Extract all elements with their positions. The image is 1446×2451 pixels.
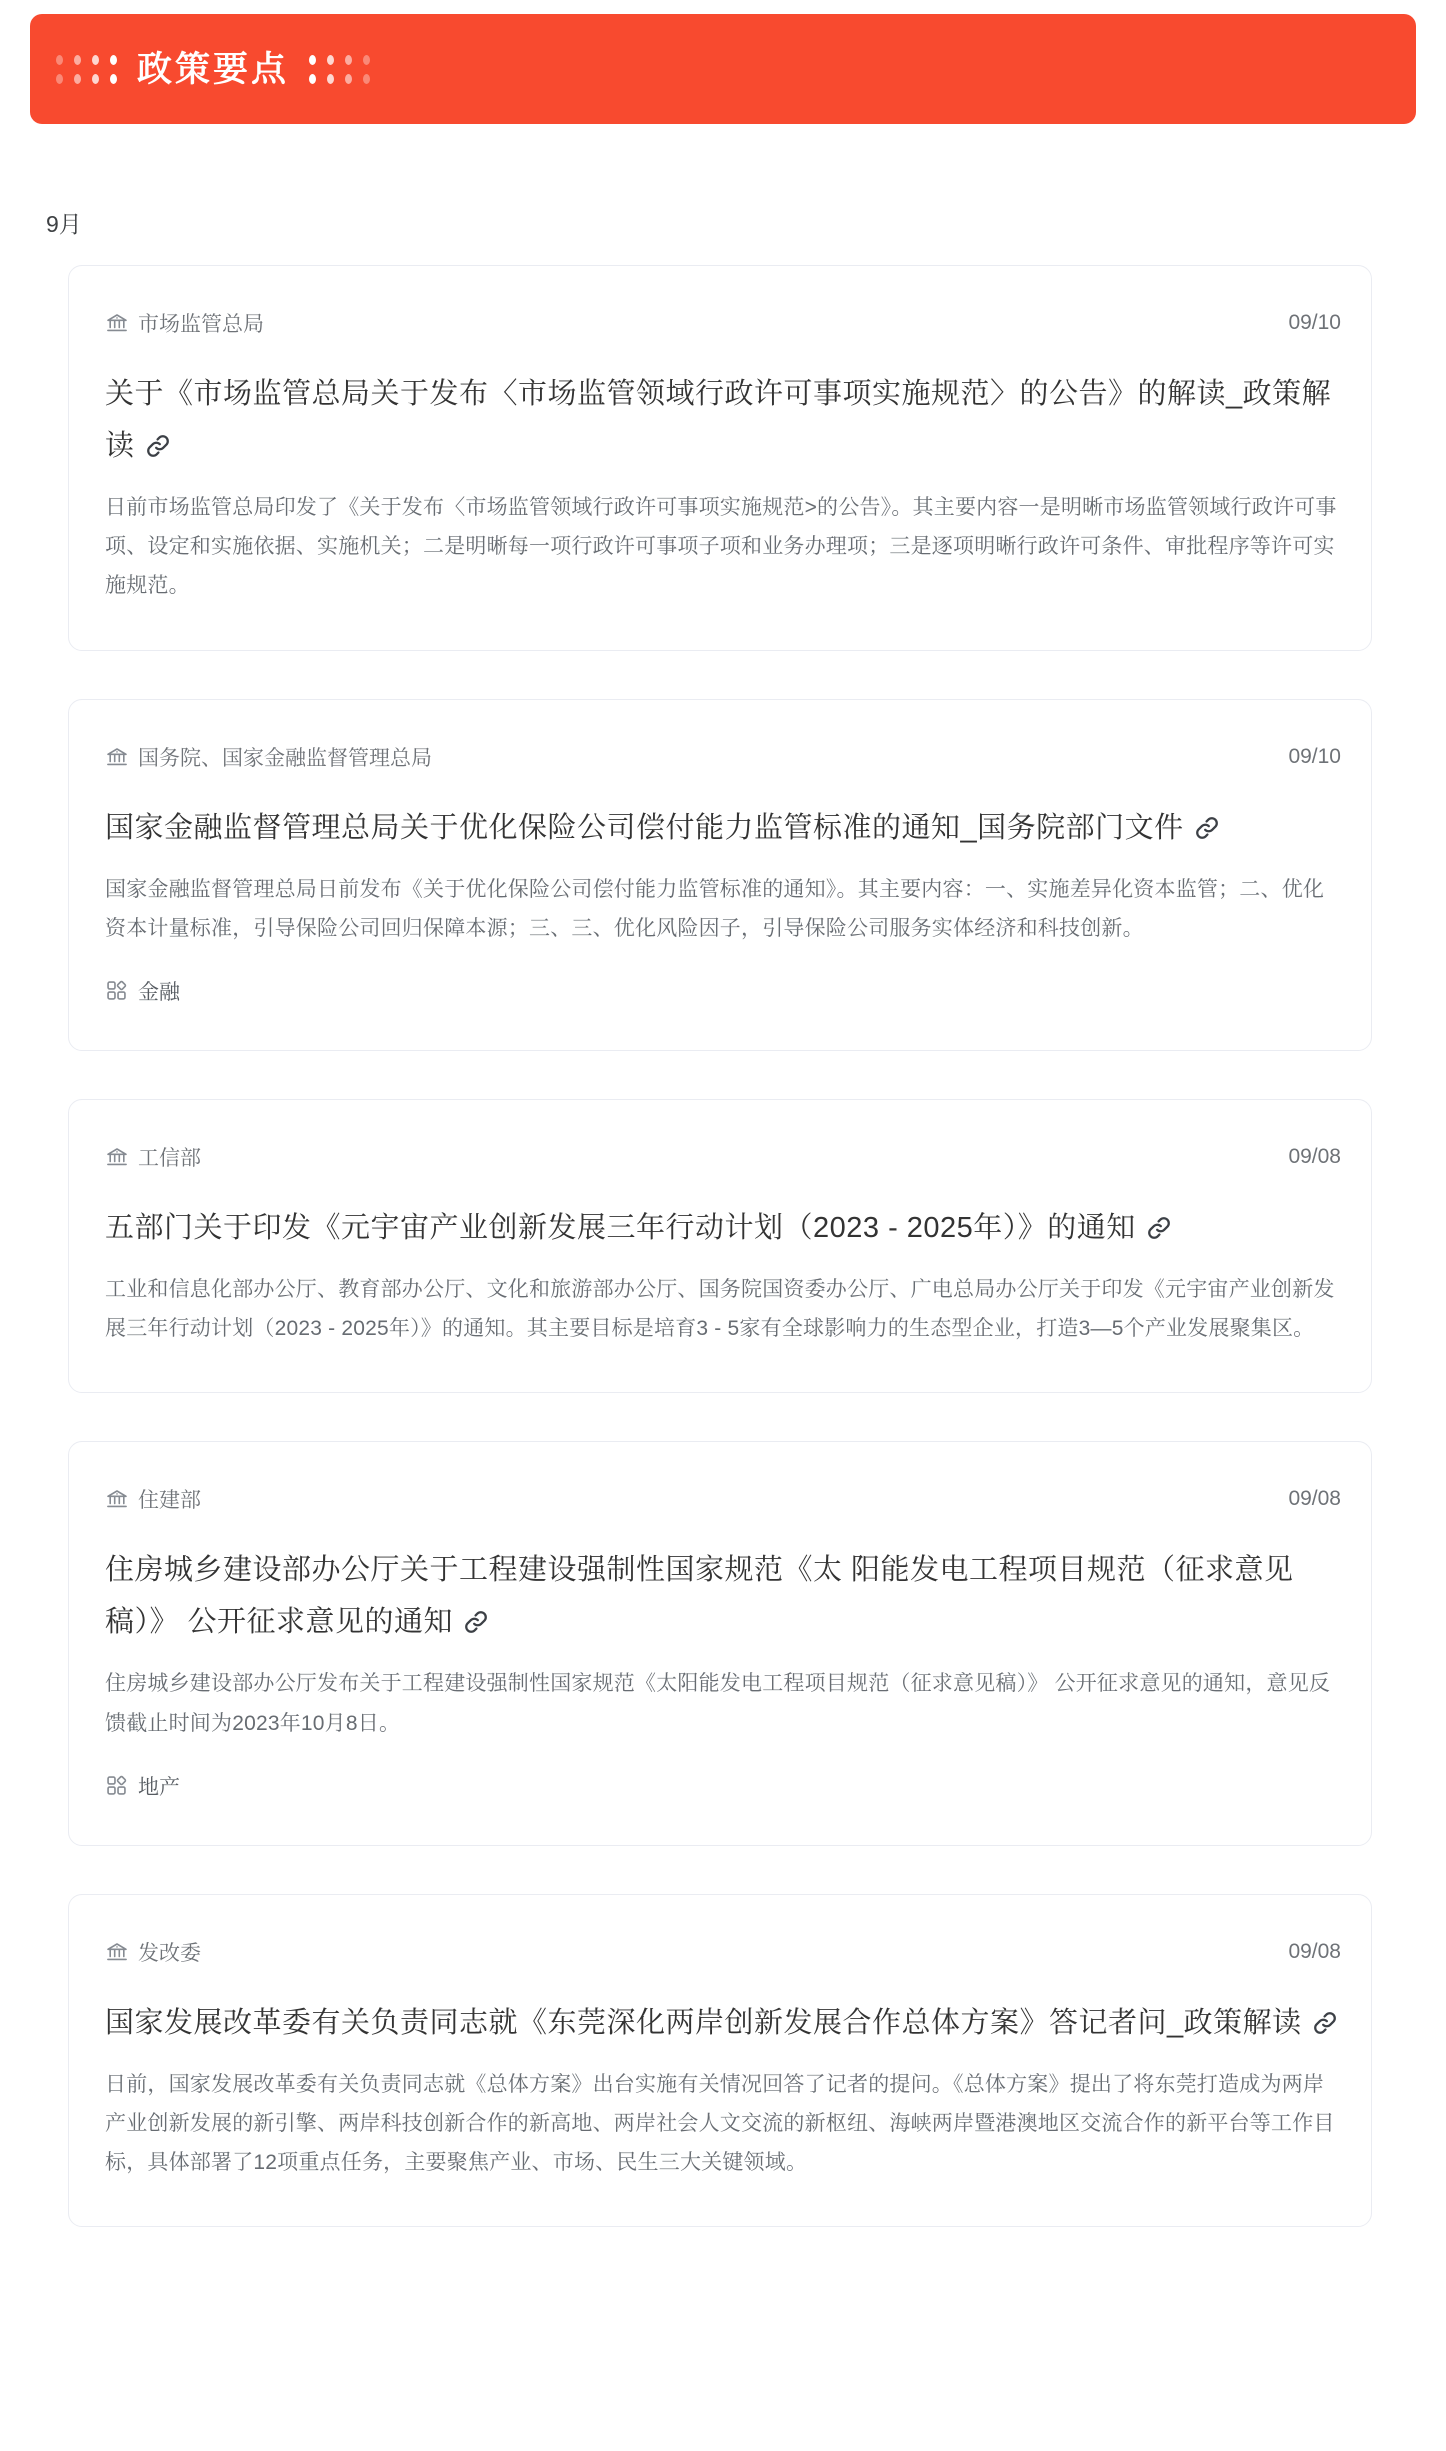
- card-date: 09/08: [1288, 1940, 1341, 1964]
- month-label: 9月: [46, 206, 1446, 239]
- card-title-link[interactable]: 国家金融监督管理总局关于优化保险公司偿付能力监管标准的通知_国务院部门文件: [105, 802, 1341, 854]
- card-summary: 国家金融监督管理总局日前发布《关于优化保险公司偿付能力监管标准的通知》。其主要内…: [105, 870, 1341, 948]
- card-summary: 日前市场监管总局印发了《关于发布〈市场监管领域行政许可事项实施规范>的公告》。其…: [105, 488, 1341, 605]
- policy-card: 工信部 09/08 五部门关于印发《元宇宙产业创新发展三年行动计划（2023 -…: [68, 1099, 1372, 1393]
- category-grid-icon: [105, 1774, 128, 1797]
- link-icon[interactable]: [1194, 815, 1220, 841]
- card-header-row: 市场监管总局 09/10: [105, 308, 1341, 338]
- link-icon[interactable]: [145, 433, 171, 459]
- header-dots-left: [56, 55, 117, 84]
- category-grid-icon: [105, 979, 128, 1002]
- card-summary: 住房城乡建设部办公厅发布关于工程建设强制性国家规范《太阳能发电工程项目规范（征求…: [105, 1664, 1341, 1742]
- institution: 发改委: [105, 1937, 201, 1967]
- card-header-row: 工信部 09/08: [105, 1142, 1341, 1172]
- institution: 市场监管总局: [105, 308, 264, 338]
- card-header-row: 国务院、国家金融监督管理总局 09/10: [105, 742, 1341, 772]
- section-header: 政策要点: [30, 14, 1416, 124]
- link-icon[interactable]: [1146, 1215, 1172, 1241]
- category-tag-label: 金融: [138, 976, 180, 1006]
- institution: 住建部: [105, 1484, 201, 1514]
- bank-icon: [105, 1487, 129, 1511]
- institution: 国务院、国家金融监督管理总局: [105, 742, 432, 772]
- institution: 工信部: [105, 1142, 201, 1172]
- card-summary: 日前，国家发展改革委有关负责同志就《总体方案》出台实施有关情况回答了记者的提问。…: [105, 2065, 1341, 2182]
- policy-card: 住建部 09/08 住房城乡建设部办公厅关于工程建设强制性国家规范《太 阳能发电…: [68, 1441, 1372, 1845]
- institution-name: 市场监管总局: [138, 308, 264, 338]
- policy-card: 市场监管总局 09/10 关于《市场监管总局关于发布〈市场监管领域行政许可事项实…: [68, 265, 1372, 651]
- card-title-link[interactable]: 关于《市场监管总局关于发布〈市场监管领域行政许可事项实施规范〉的公告》的解读_政…: [105, 368, 1341, 472]
- institution-name: 国务院、国家金融监督管理总局: [138, 742, 432, 772]
- category-tag: 地产: [105, 1771, 1341, 1801]
- bank-icon: [105, 745, 129, 769]
- bank-icon: [105, 1145, 129, 1169]
- card-date: 09/10: [1288, 311, 1341, 335]
- page-title: 政策要点: [137, 52, 289, 87]
- card-date: 09/08: [1288, 1145, 1341, 1169]
- category-tag-label: 地产: [138, 1771, 180, 1801]
- institution-name: 发改委: [138, 1937, 201, 1967]
- card-date: 09/10: [1288, 745, 1341, 769]
- category-tag: 金融: [105, 976, 1341, 1006]
- policy-card-list: 市场监管总局 09/10 关于《市场监管总局关于发布〈市场监管领域行政许可事项实…: [68, 265, 1372, 2227]
- card-header-row: 发改委 09/08: [105, 1937, 1341, 1967]
- link-icon[interactable]: [463, 1609, 489, 1635]
- bank-icon: [105, 1940, 129, 1964]
- card-title-link[interactable]: 住房城乡建设部办公厅关于工程建设强制性国家规范《太 阳能发电工程项目规范（征求意…: [105, 1544, 1341, 1648]
- card-summary: 工业和信息化部办公厅、教育部办公厅、文化和旅游部办公厅、国务院国资委办公厅、广电…: [105, 1270, 1341, 1348]
- institution-name: 住建部: [138, 1484, 201, 1514]
- card-title-link[interactable]: 五部门关于印发《元宇宙产业创新发展三年行动计划（2023 - 2025年）》的通…: [105, 1202, 1341, 1254]
- institution-name: 工信部: [138, 1142, 201, 1172]
- card-date: 09/08: [1288, 1487, 1341, 1511]
- card-title-link[interactable]: 国家发展改革委有关负责同志就《东莞深化两岸创新发展合作总体方案》答记者问_政策解…: [105, 1997, 1341, 2049]
- header-dots-right: [309, 55, 370, 84]
- policy-card: 发改委 09/08 国家发展改革委有关负责同志就《东莞深化两岸创新发展合作总体方…: [68, 1894, 1372, 2227]
- link-icon[interactable]: [1312, 2010, 1338, 2036]
- policy-card: 国务院、国家金融监督管理总局 09/10 国家金融监督管理总局关于优化保险公司偿…: [68, 699, 1372, 1051]
- bank-icon: [105, 311, 129, 335]
- card-header-row: 住建部 09/08: [105, 1484, 1341, 1514]
